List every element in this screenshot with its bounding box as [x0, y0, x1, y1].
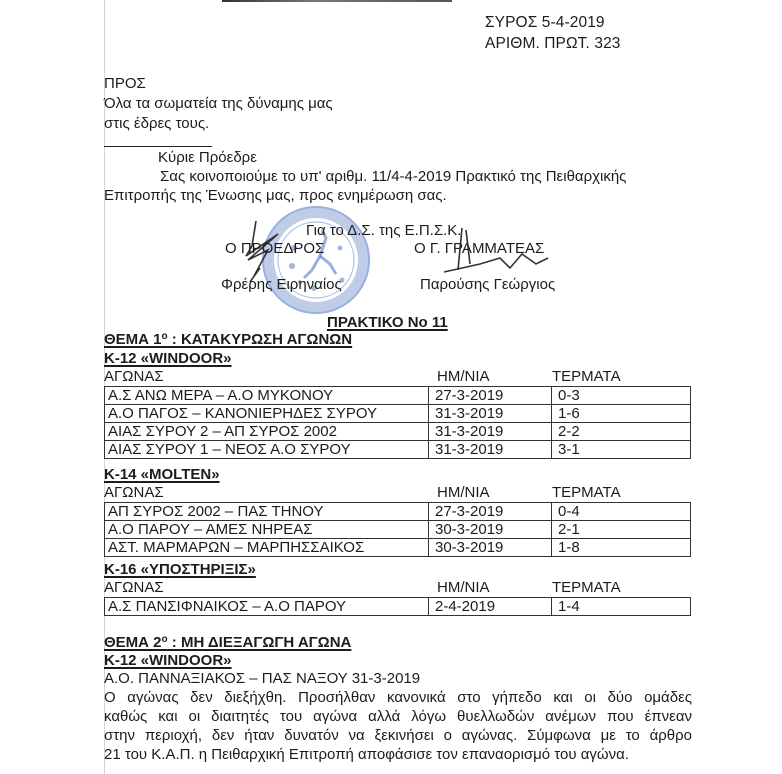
- date-cell: 30-3-2019: [429, 521, 552, 539]
- match-cell: ΑΠ ΣΥΡΟΣ 2002 – ΠΑΣ ΤΗΝΟΥ: [105, 503, 429, 521]
- column-header-date: ΗΜ/ΝΙΑ: [437, 368, 490, 385]
- decision-text-line: στην περιοχή, δεν ήταν δυνατόν να ξεκινή…: [104, 726, 692, 745]
- topic-2-heading: ΘΕΜΑ 2ο : ΜΗ ΔΙΕΞΑΓΩΓΗ ΑΓΩΝΑ: [104, 634, 351, 651]
- date-cell: 27-3-2019: [429, 503, 552, 521]
- topic-2-group: Κ-12 «WINDOOR»: [104, 652, 232, 669]
- column-header-match: ΑΓΩΝΑΣ: [104, 579, 164, 596]
- topic-2-prefix: ΘΕΜΑ 2: [104, 634, 162, 651]
- document-page: ΣΥΡΟΣ 5-4-2019 ΑΡΙΘΜ. ΠΡΩΤ. 323 ΠΡΟΣ Όλα…: [0, 0, 782, 774]
- minutes-title: ΠΡΑΚΤΙΚΟ Νο 11: [327, 314, 448, 331]
- president-name: Φρέρης Ειρηναίος: [221, 276, 342, 293]
- results-table: Α.Σ ΠΑΝΣΙΦΝΑΙΚΟΣ – Α.Ο ΠΑΡΟΥ2-4-20191-4: [104, 597, 691, 616]
- topic-2-title: : ΜΗ ΔΙΕΞΑΓΩΓΗ ΑΓΩΝΑ: [168, 634, 352, 651]
- table-row: ΑΙΑΣ ΣΥΡΟΥ 1 – ΝΕΟΣ Α.Ο ΣΥΡΟΥ31-3-20193-…: [105, 441, 691, 459]
- column-header-date: ΗΜ/ΝΙΑ: [437, 484, 490, 501]
- separator-line: [104, 146, 212, 147]
- topic-2-match-line: Α.Ο. ΠΑΝΝΑΞΙΑΚΟΣ – ΠΑΣ ΝΑΞΟΥ 31-3-2019: [104, 670, 420, 687]
- match-cell: ΑΙΑΣ ΣΥΡΟΥ 2 – ΑΠ ΣΥΡΟΣ 2002: [105, 423, 429, 441]
- table-row: ΑΣΤ. ΜΑΡΜΑΡΩΝ – ΜΑΡΠΗΣΣΑΙΚΟΣ30-3-20191-8: [105, 539, 691, 557]
- topic-1-prefix: ΘΕΜΑ 1: [104, 331, 162, 348]
- scan-edge-mark: [222, 0, 452, 2]
- topic-2-ordinal: ο: [162, 634, 168, 645]
- topic-1-ordinal: ο: [162, 331, 168, 342]
- secretary-title: Ο Γ. ΓΡΑΜΜΑΤΕΑΣ: [414, 240, 544, 257]
- match-cell: Α.Ο ΠΑΡΟΥ – ΑΜΕΣ ΝΗΡΕΑΣ: [105, 521, 429, 539]
- decision-text-line: Ο αγώνας δεν διεξήχθη. Προσήλθαν κανονικ…: [104, 688, 692, 707]
- table-row: Α.Ο ΠΑΡΟΥ – ΑΜΕΣ ΝΗΡΕΑΣ30-3-20192-1: [105, 521, 691, 539]
- column-header-score: ΤΕΡΜΑΤΑ: [552, 579, 621, 596]
- president-title: Ο ΠΡΟΕΔΡΟΣ: [225, 240, 324, 257]
- secretary-name: Παρούσης Γεώργιος: [420, 276, 555, 293]
- column-header-score: ΤΕΡΜΑΤΑ: [552, 368, 621, 385]
- table-row: ΑΙΑΣ ΣΥΡΟΥ 2 – ΑΠ ΣΥΡΟΣ 200231-3-20192-2: [105, 423, 691, 441]
- match-cell: Α.Σ ΠΑΝΣΙΦΝΑΙΚΟΣ – Α.Ο ΠΑΡΟΥ: [105, 598, 429, 616]
- column-header-date: ΗΜ/ΝΙΑ: [437, 579, 490, 596]
- table-row: Α.Σ ΑΝΩ ΜΕΡΑ – Α.Ο ΜΥΚΟΝΟΥ27-3-20190-3: [105, 387, 691, 405]
- score-cell: 2-2: [552, 423, 691, 441]
- results-table: Α.Σ ΑΝΩ ΜΕΡΑ – Α.Ο ΜΥΚΟΝΟΥ27-3-20190-3Α.…: [104, 386, 691, 459]
- date-cell: 31-3-2019: [429, 423, 552, 441]
- results-table: ΑΠ ΣΥΡΟΣ 2002 – ΠΑΣ ΤΗΝΟΥ27-3-20190-4Α.Ο…: [104, 502, 691, 557]
- match-cell: Α.Σ ΑΝΩ ΜΕΡΑ – Α.Ο ΜΥΚΟΝΟΥ: [105, 387, 429, 405]
- date-cell: 31-3-2019: [429, 441, 552, 459]
- letter-body-line-1: Σας κοινοποιούμε το υπ' αριθμ. 11/4-4-20…: [160, 168, 626, 185]
- group-heading: Κ-12 «WINDOOR»: [104, 350, 232, 367]
- decision-text-line: 21 του Κ.Α.Π. η Πειθαρχική Επιτροπή αποφ…: [104, 745, 692, 764]
- date-cell: 27-3-2019: [429, 387, 552, 405]
- topic-1-heading: ΘΕΜΑ 1ο : ΚΑΤΑΚΥΡΩΣΗ ΑΓΩΝΩΝ: [104, 331, 352, 348]
- group-heading: Κ-14 «MOLTEN»: [104, 466, 220, 483]
- score-cell: 3-1: [552, 441, 691, 459]
- score-cell: 0-4: [552, 503, 691, 521]
- recipient-label: ΠΡΟΣ: [104, 75, 146, 92]
- match-cell: ΑΙΑΣ ΣΥΡΟΥ 1 – ΝΕΟΣ Α.Ο ΣΥΡΟΥ: [105, 441, 429, 459]
- date-cell: 31-3-2019: [429, 405, 552, 423]
- column-header-score: ΤΕΡΜΑΤΑ: [552, 484, 621, 501]
- table-row: Α.Ο ΠΑΓΟΣ – ΚΑΝΟΝΙΕΡΗΔΕΣ ΣΥΡΟΥ31-3-20191…: [105, 405, 691, 423]
- score-cell: 1-8: [552, 539, 691, 557]
- recipient-line-1: Όλα τα σωματεία της δύναμης μας: [104, 95, 333, 112]
- match-cell: ΑΣΤ. ΜΑΡΜΑΡΩΝ – ΜΑΡΠΗΣΣΑΙΚΟΣ: [105, 539, 429, 557]
- group-heading: Κ-16 «ΥΠΟΣΤΗΡΙΞΙΣ»: [104, 561, 256, 578]
- topic-1-title: : ΚΑΤΑΚΥΡΩΣΗ ΑΓΩΝΩΝ: [168, 331, 353, 348]
- date-cell: 2-4-2019: [429, 598, 552, 616]
- letter-body-line-2: Επιτροπής της Ένωσης μας, προς ενημέρωση…: [104, 187, 447, 204]
- decision-text-line: καθώς και οι διαιτητές του αγώνα αλλά λό…: [104, 707, 692, 726]
- date-cell: 30-3-2019: [429, 539, 552, 557]
- salutation: Κύριε Πρόεδρε: [158, 149, 257, 166]
- protocol-number: ΑΡΙΘΜ. ΠΡΩΤ. 323: [485, 35, 621, 52]
- table-row: Α.Σ ΠΑΝΣΙΦΝΑΙΚΟΣ – Α.Ο ΠΑΡΟΥ2-4-20191-4: [105, 598, 691, 616]
- column-header-match: ΑΓΩΝΑΣ: [104, 368, 164, 385]
- on-behalf-line: Για το Δ.Σ. της Ε.Π.Σ.Κ.: [306, 222, 461, 239]
- topic-2-decision-text: Ο αγώνας δεν διεξήχθη. Προσήλθαν κανονικ…: [104, 688, 692, 764]
- recipient-line-2: στις έδρες τους.: [104, 115, 209, 132]
- place-date: ΣΥΡΟΣ 5-4-2019: [485, 14, 605, 31]
- column-header-match: ΑΓΩΝΑΣ: [104, 484, 164, 501]
- score-cell: 0-3: [552, 387, 691, 405]
- score-cell: 2-1: [552, 521, 691, 539]
- score-cell: 1-4: [552, 598, 691, 616]
- table-row: ΑΠ ΣΥΡΟΣ 2002 – ΠΑΣ ΤΗΝΟΥ27-3-20190-4: [105, 503, 691, 521]
- score-cell: 1-6: [552, 405, 691, 423]
- match-cell: Α.Ο ΠΑΓΟΣ – ΚΑΝΟΝΙΕΡΗΔΕΣ ΣΥΡΟΥ: [105, 405, 429, 423]
